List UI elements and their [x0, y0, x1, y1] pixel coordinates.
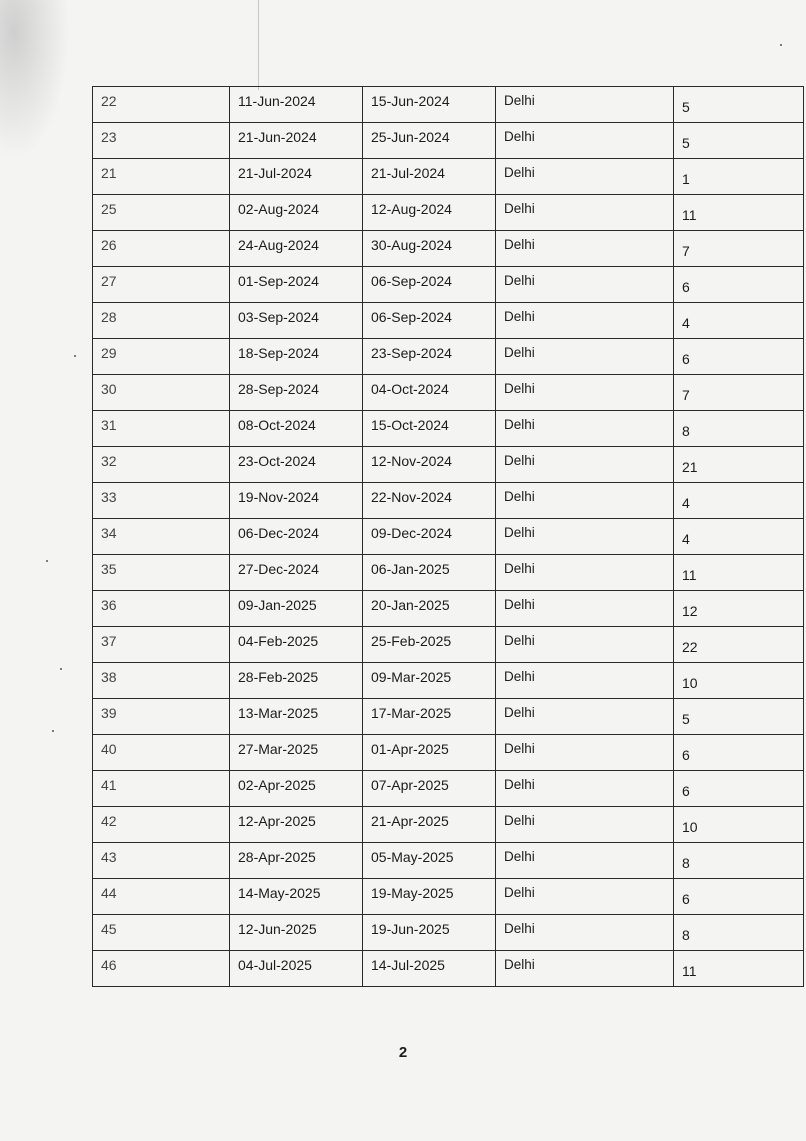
scan-shadow	[0, 0, 70, 160]
cell-days: 5	[674, 87, 804, 123]
cell-to-date: 21-Apr-2025	[363, 807, 496, 843]
cell-place: Delhi	[496, 195, 674, 231]
cell-place: Delhi	[496, 771, 674, 807]
table-row: 3609-Jan-202520-Jan-2025Delhi12	[93, 591, 804, 627]
cell-serial-number: 46	[93, 951, 230, 987]
cell-to-date: 04-Oct-2024	[363, 375, 496, 411]
cell-place: Delhi	[496, 303, 674, 339]
cell-serial-number: 28	[93, 303, 230, 339]
table-row: 3319-Nov-202422-Nov-2024Delhi4	[93, 483, 804, 519]
cell-from-date: 09-Jan-2025	[230, 591, 363, 627]
table-row: 3223-Oct-202412-Nov-2024Delhi21	[93, 447, 804, 483]
cell-serial-number: 22	[93, 87, 230, 123]
cell-place: Delhi	[496, 483, 674, 519]
cell-place: Delhi	[496, 87, 674, 123]
cell-from-date: 23-Oct-2024	[230, 447, 363, 483]
cell-to-date: 21-Jul-2024	[363, 159, 496, 195]
leave-record-table: 2211-Jun-202415-Jun-2024Delhi52321-Jun-2…	[92, 86, 804, 987]
cell-serial-number: 33	[93, 483, 230, 519]
cell-from-date: 14-May-2025	[230, 879, 363, 915]
cell-to-date: 09-Mar-2025	[363, 663, 496, 699]
table-row: 2624-Aug-202430-Aug-2024Delhi7	[93, 231, 804, 267]
cell-place: Delhi	[496, 915, 674, 951]
cell-place: Delhi	[496, 699, 674, 735]
cell-days: 5	[674, 123, 804, 159]
cell-serial-number: 23	[93, 123, 230, 159]
table-row: 3028-Sep-202404-Oct-2024Delhi7	[93, 375, 804, 411]
cell-serial-number: 38	[93, 663, 230, 699]
cell-serial-number: 26	[93, 231, 230, 267]
cell-from-date: 01-Sep-2024	[230, 267, 363, 303]
table-row: 4414-May-202519-May-2025Delhi6	[93, 879, 804, 915]
cell-to-date: 23-Sep-2024	[363, 339, 496, 375]
cell-serial-number: 40	[93, 735, 230, 771]
table-row: 4512-Jun-202519-Jun-2025Delhi8	[93, 915, 804, 951]
table-row: 3828-Feb-202509-Mar-2025Delhi10	[93, 663, 804, 699]
cell-to-date: 19-Jun-2025	[363, 915, 496, 951]
cell-days: 6	[674, 771, 804, 807]
cell-serial-number: 39	[93, 699, 230, 735]
cell-from-date: 02-Aug-2024	[230, 195, 363, 231]
cell-place: Delhi	[496, 951, 674, 987]
cell-days: 21	[674, 447, 804, 483]
cell-serial-number: 21	[93, 159, 230, 195]
cell-to-date: 15-Jun-2024	[363, 87, 496, 123]
cell-to-date: 25-Feb-2025	[363, 627, 496, 663]
cell-from-date: 24-Aug-2024	[230, 231, 363, 267]
cell-to-date: 15-Oct-2024	[363, 411, 496, 447]
cell-place: Delhi	[496, 375, 674, 411]
scan-speck	[46, 560, 48, 562]
cell-from-date: 27-Dec-2024	[230, 555, 363, 591]
cell-days: 6	[674, 339, 804, 375]
cell-serial-number: 37	[93, 627, 230, 663]
cell-days: 6	[674, 879, 804, 915]
table-body: 2211-Jun-202415-Jun-2024Delhi52321-Jun-2…	[93, 87, 804, 987]
cell-place: Delhi	[496, 843, 674, 879]
table-row: 3406-Dec-202409-Dec-2024Delhi4	[93, 519, 804, 555]
cell-place: Delhi	[496, 411, 674, 447]
scan-speck	[52, 730, 54, 732]
cell-serial-number: 31	[93, 411, 230, 447]
cell-from-date: 03-Sep-2024	[230, 303, 363, 339]
cell-days: 10	[674, 807, 804, 843]
cell-serial-number: 43	[93, 843, 230, 879]
cell-place: Delhi	[496, 735, 674, 771]
cell-to-date: 25-Jun-2024	[363, 123, 496, 159]
cell-from-date: 21-Jul-2024	[230, 159, 363, 195]
cell-serial-number: 29	[93, 339, 230, 375]
cell-place: Delhi	[496, 591, 674, 627]
table-row: 4027-Mar-202501-Apr-2025Delhi6	[93, 735, 804, 771]
cell-to-date: 17-Mar-2025	[363, 699, 496, 735]
cell-days: 6	[674, 267, 804, 303]
cell-serial-number: 44	[93, 879, 230, 915]
cell-to-date: 19-May-2025	[363, 879, 496, 915]
cell-from-date: 27-Mar-2025	[230, 735, 363, 771]
cell-serial-number: 27	[93, 267, 230, 303]
cell-to-date: 12-Aug-2024	[363, 195, 496, 231]
cell-serial-number: 32	[93, 447, 230, 483]
table-row: 2803-Sep-202406-Sep-2024Delhi4	[93, 303, 804, 339]
cell-to-date: 20-Jan-2025	[363, 591, 496, 627]
table-row: 2701-Sep-202406-Sep-2024Delhi6	[93, 267, 804, 303]
scan-speck	[74, 355, 76, 357]
cell-days: 8	[674, 411, 804, 447]
cell-to-date: 22-Nov-2024	[363, 483, 496, 519]
cell-to-date: 07-Apr-2025	[363, 771, 496, 807]
cell-place: Delhi	[496, 447, 674, 483]
cell-serial-number: 25	[93, 195, 230, 231]
cell-from-date: 28-Apr-2025	[230, 843, 363, 879]
table-row: 4328-Apr-202505-May-2025Delhi8	[93, 843, 804, 879]
cell-from-date: 28-Feb-2025	[230, 663, 363, 699]
cell-serial-number: 42	[93, 807, 230, 843]
cell-to-date: 01-Apr-2025	[363, 735, 496, 771]
cell-to-date: 06-Sep-2024	[363, 303, 496, 339]
table-row: 2121-Jul-202421-Jul-2024Delhi1	[93, 159, 804, 195]
table-row: 3108-Oct-202415-Oct-2024Delhi8	[93, 411, 804, 447]
cell-serial-number: 30	[93, 375, 230, 411]
cell-days: 7	[674, 375, 804, 411]
cell-from-date: 11-Jun-2024	[230, 87, 363, 123]
cell-days: 22	[674, 627, 804, 663]
table-row: 3704-Feb-202525-Feb-2025Delhi22	[93, 627, 804, 663]
cell-days: 11	[674, 951, 804, 987]
cell-days: 8	[674, 843, 804, 879]
cell-from-date: 19-Nov-2024	[230, 483, 363, 519]
cell-place: Delhi	[496, 555, 674, 591]
cell-days: 6	[674, 735, 804, 771]
cell-serial-number: 45	[93, 915, 230, 951]
cell-place: Delhi	[496, 879, 674, 915]
cell-place: Delhi	[496, 807, 674, 843]
cell-from-date: 06-Dec-2024	[230, 519, 363, 555]
cell-to-date: 09-Dec-2024	[363, 519, 496, 555]
cell-days: 10	[674, 663, 804, 699]
cell-place: Delhi	[496, 267, 674, 303]
page-number: 2	[0, 1044, 806, 1061]
cell-days: 7	[674, 231, 804, 267]
cell-place: Delhi	[496, 123, 674, 159]
table-row: 4102-Apr-202507-Apr-2025Delhi6	[93, 771, 804, 807]
table-row: 4212-Apr-202521-Apr-2025Delhi10	[93, 807, 804, 843]
cell-days: 4	[674, 483, 804, 519]
cell-place: Delhi	[496, 339, 674, 375]
cell-serial-number: 35	[93, 555, 230, 591]
cell-place: Delhi	[496, 519, 674, 555]
scan-speck	[60, 668, 62, 670]
cell-serial-number: 36	[93, 591, 230, 627]
cell-place: Delhi	[496, 663, 674, 699]
cell-to-date: 06-Sep-2024	[363, 267, 496, 303]
cell-from-date: 13-Mar-2025	[230, 699, 363, 735]
scan-speck	[780, 44, 782, 46]
cell-days: 4	[674, 303, 804, 339]
table-row: 2321-Jun-202425-Jun-2024Delhi5	[93, 123, 804, 159]
cell-place: Delhi	[496, 231, 674, 267]
cell-days: 11	[674, 195, 804, 231]
cell-days: 12	[674, 591, 804, 627]
cell-days: 11	[674, 555, 804, 591]
cell-from-date: 02-Apr-2025	[230, 771, 363, 807]
cell-from-date: 04-Jul-2025	[230, 951, 363, 987]
cell-to-date: 30-Aug-2024	[363, 231, 496, 267]
cell-place: Delhi	[496, 627, 674, 663]
cell-days: 5	[674, 699, 804, 735]
table-row: 2918-Sep-202423-Sep-2024Delhi6	[93, 339, 804, 375]
cell-place: Delhi	[496, 159, 674, 195]
cell-from-date: 21-Jun-2024	[230, 123, 363, 159]
table-row: 3913-Mar-202517-Mar-2025Delhi5	[93, 699, 804, 735]
cell-to-date: 14-Jul-2025	[363, 951, 496, 987]
cell-to-date: 05-May-2025	[363, 843, 496, 879]
cell-from-date: 08-Oct-2024	[230, 411, 363, 447]
table-row: 4604-Jul-202514-Jul-2025Delhi11	[93, 951, 804, 987]
cell-from-date: 28-Sep-2024	[230, 375, 363, 411]
paper-fold-line	[258, 0, 259, 90]
cell-from-date: 12-Jun-2025	[230, 915, 363, 951]
cell-days: 1	[674, 159, 804, 195]
cell-to-date: 06-Jan-2025	[363, 555, 496, 591]
cell-serial-number: 34	[93, 519, 230, 555]
cell-days: 4	[674, 519, 804, 555]
table-row: 2211-Jun-202415-Jun-2024Delhi5	[93, 87, 804, 123]
cell-from-date: 12-Apr-2025	[230, 807, 363, 843]
cell-to-date: 12-Nov-2024	[363, 447, 496, 483]
table-row: 2502-Aug-202412-Aug-2024Delhi11	[93, 195, 804, 231]
cell-serial-number: 41	[93, 771, 230, 807]
cell-days: 8	[674, 915, 804, 951]
table-row: 3527-Dec-202406-Jan-2025Delhi11	[93, 555, 804, 591]
cell-from-date: 18-Sep-2024	[230, 339, 363, 375]
cell-from-date: 04-Feb-2025	[230, 627, 363, 663]
